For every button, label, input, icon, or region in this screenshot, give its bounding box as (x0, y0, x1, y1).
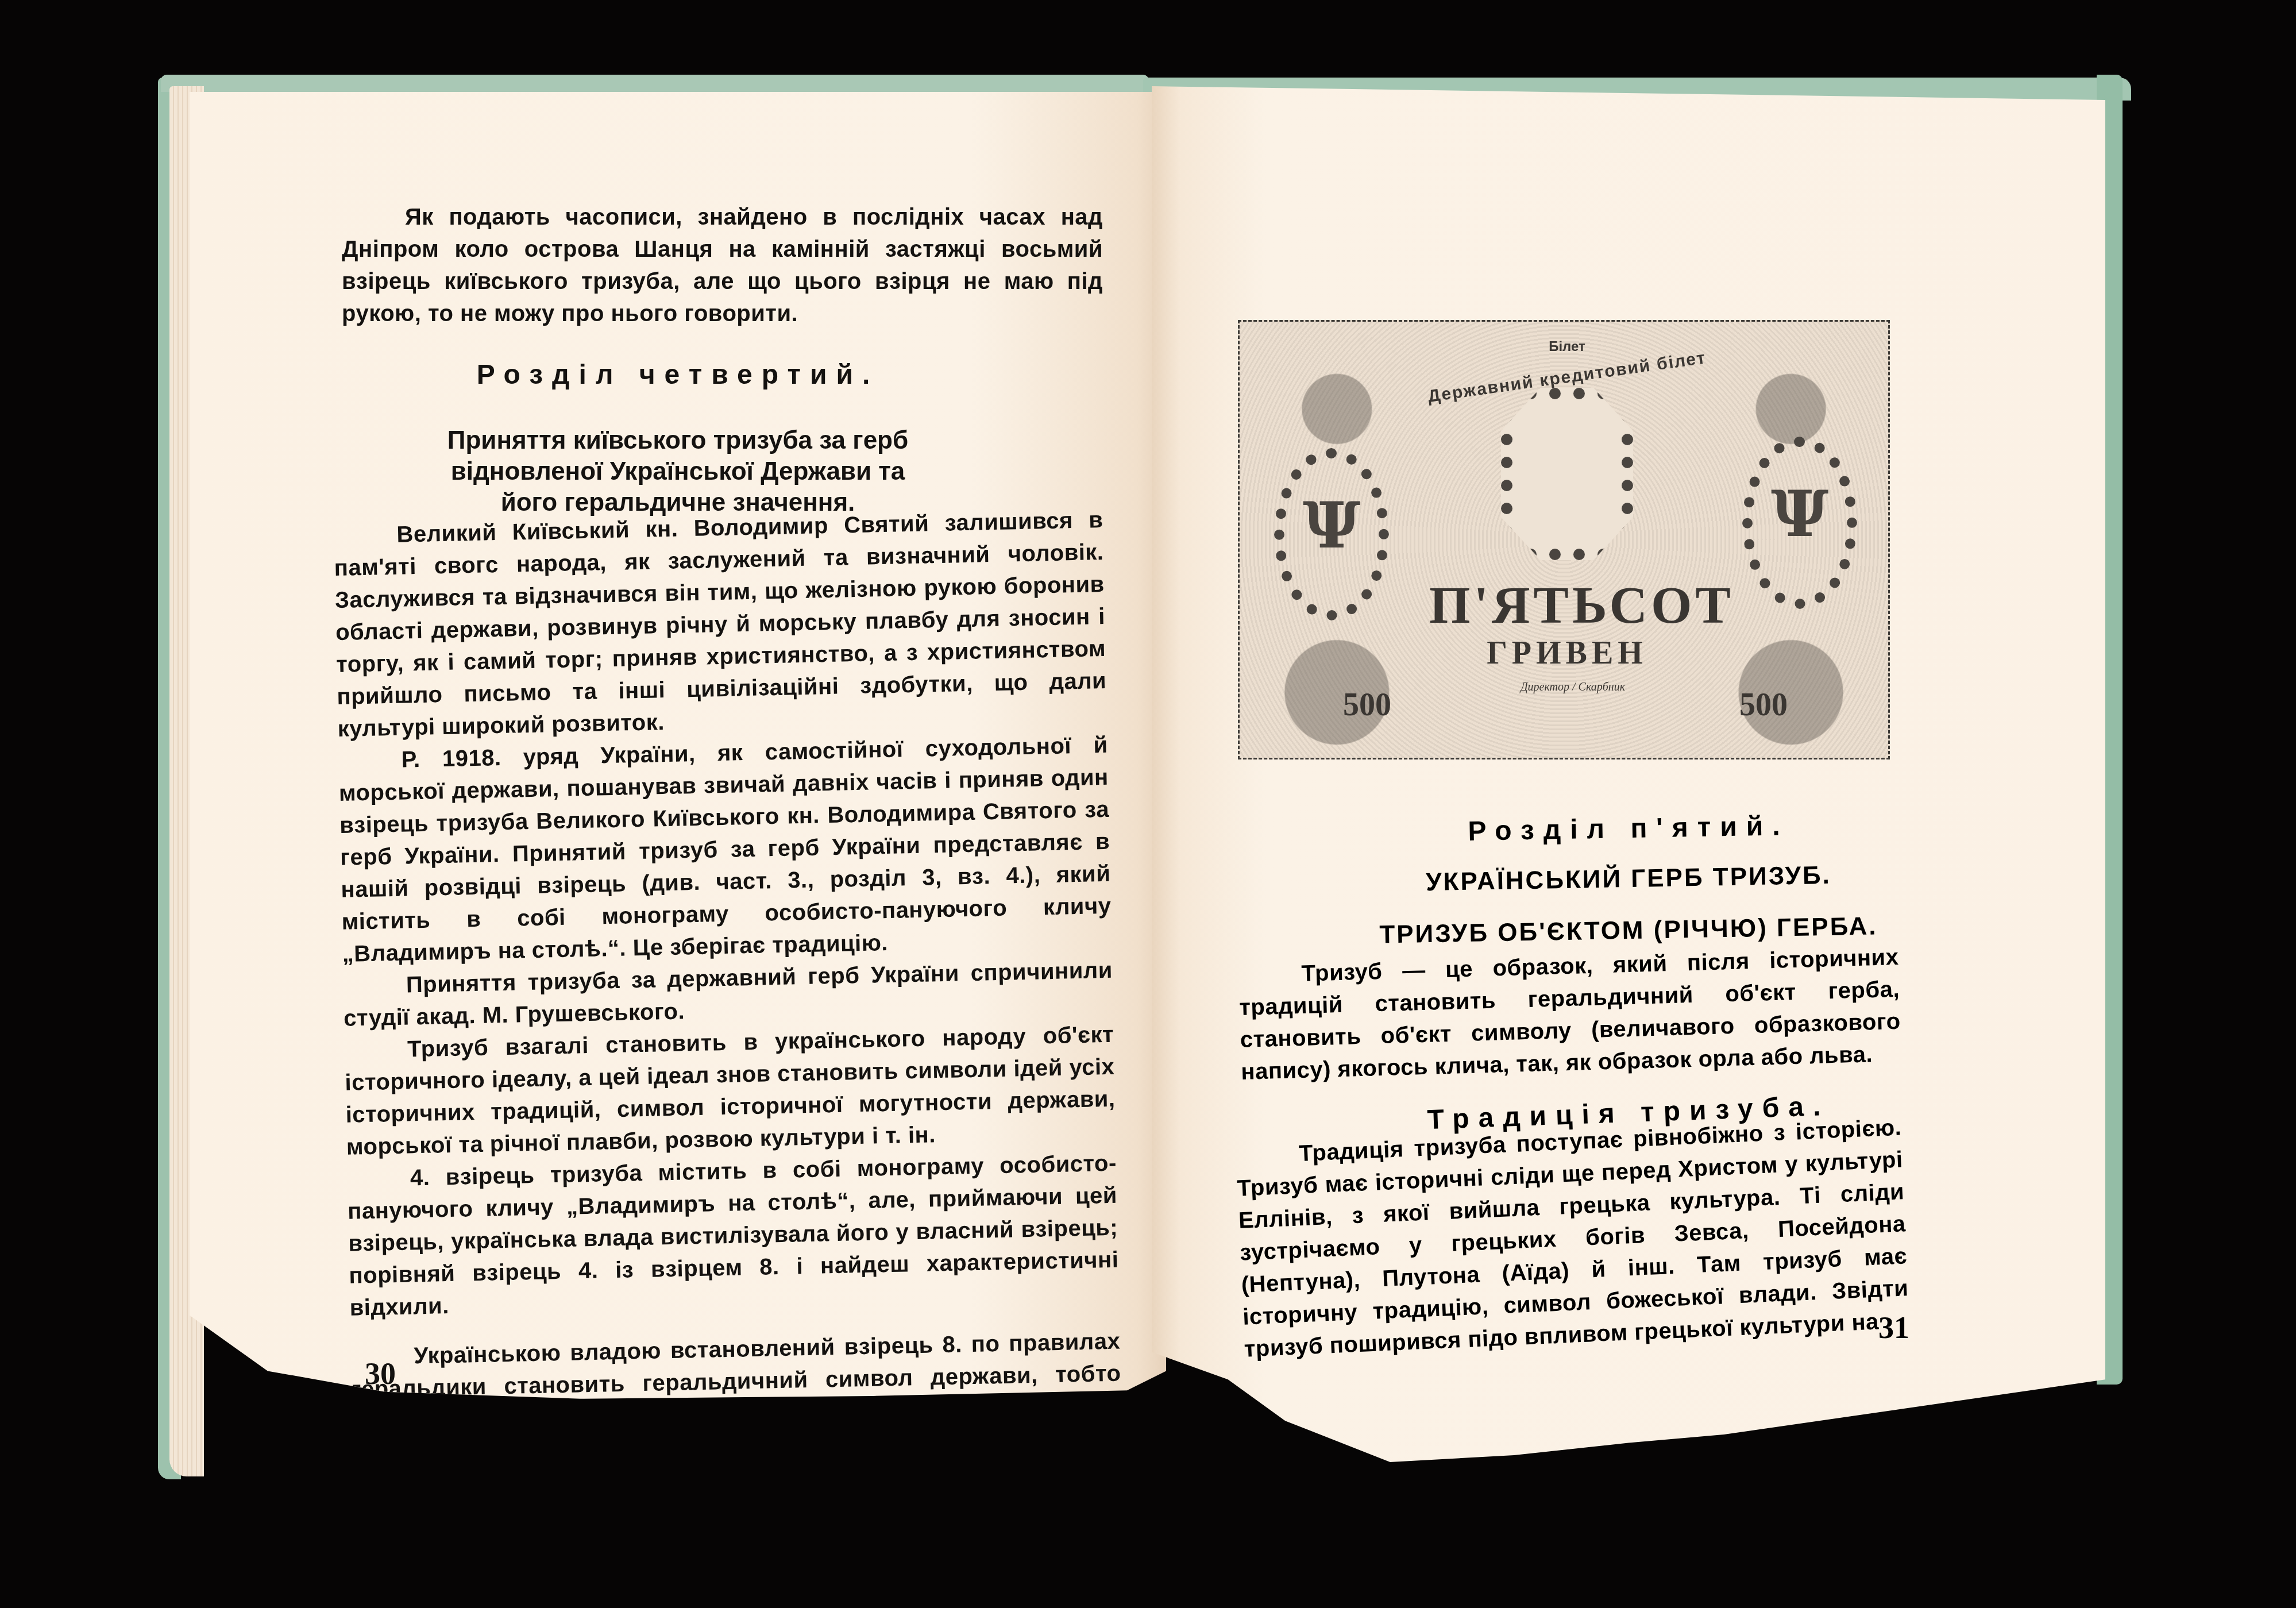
banknote-denomination-word: П'ЯТЬСОТ (1429, 574, 1705, 635)
banknote-signatures: Директор / Скарбник (1452, 681, 1693, 694)
banknote-currency: ГРИВЕН (1458, 635, 1676, 672)
subheading-line: Приняття київського тризуба за герб (304, 425, 1051, 456)
body-paragraph: Українською владою встановлений взірець … (350, 1325, 1122, 1470)
intro-paragraph-block: Як подають часописи, знайдено в послідні… (342, 201, 1103, 330)
body-paragraph: 4. взірець тризуба містить в собі моногр… (346, 1147, 1120, 1324)
body-paragraph: Тризуб — це образок, який після історичн… (1238, 941, 1902, 1088)
section-heading-chapter-4: Розділ четвертий. (190, 359, 1166, 391)
page-number-left: 30 (365, 1356, 396, 1391)
left-page: Як подають часописи, знайдено в послідні… (190, 92, 1166, 1482)
chapter-4-subheading: Приняття київського тризуба за герб відн… (304, 425, 1051, 518)
trident-emblem-icon: Ψ (1771, 477, 1828, 551)
chapter-4-body: Великий Київський кн. Володимир Святий з… (333, 504, 1122, 1470)
banknote-number-right: 500 (1739, 687, 1788, 723)
body-paragraph: Великий Київський кн. Володимир Святий з… (333, 504, 1108, 745)
body-paragraph: Р. 1918. уряд України, як самостійної су… (338, 729, 1112, 970)
body-paragraph: Тризуб взагалі становить в українського … (344, 1019, 1116, 1163)
intro-paragraph: Як подають часописи, знайдено в послідні… (342, 201, 1103, 330)
chapter-5-paragraph-2: Традиція тризуба поступає рівнобіжно з і… (1235, 1111, 1911, 1365)
book-cover-edge-top-left (161, 75, 1149, 92)
page-number-right: 31 (1878, 1310, 1909, 1345)
chapter-5-paragraph-1: Тризуб — це образок, який після історичн… (1238, 941, 1902, 1088)
subheading-line: відновленої Української Держави та (304, 456, 1051, 487)
banknote-number-left: 500 (1343, 687, 1391, 723)
body-paragraph: Традиція тризуба поступає рівнобіжно з і… (1235, 1111, 1911, 1365)
trident-emblem-icon: Ψ (1303, 488, 1360, 562)
banknote-top-text: Білет (1515, 339, 1619, 355)
banknote-illustration: Білет Державний кредитовий білет Ψ Ψ П'Я… (1238, 320, 1890, 759)
banknote-center-medallion (1501, 388, 1633, 560)
